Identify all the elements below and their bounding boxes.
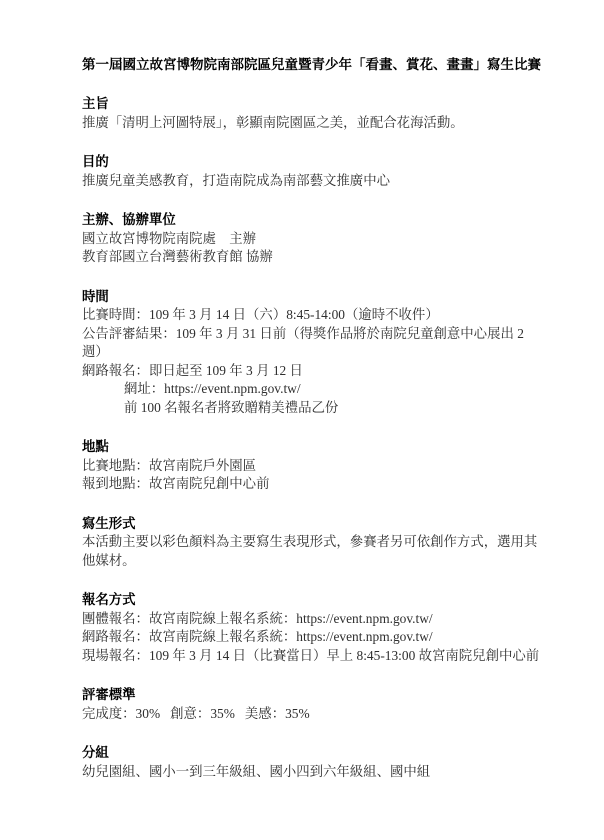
section-heading: 地點 [82, 438, 522, 457]
section-organizers: 主辦、協辦單位國立故宮博物院南院處 主辦教育部國立台灣藝術教育館 協辦 [82, 211, 522, 267]
section-heading: 評審標準 [82, 686, 522, 705]
section-heading: 主旨 [82, 95, 522, 114]
text-line: 推廣兒童美感教育，打造南院成為南部藝文推廣中心 [82, 172, 522, 191]
section-criteria: 評審標準完成度：30% 創意：35% 美感：35% [82, 686, 522, 723]
text-line: 教育部國立台灣藝術教育館 協辦 [82, 248, 522, 267]
text-line: 本活動主要以彩色顏料為主要寫生表現形式，參賽者另可依創作方式，選用其 [82, 533, 522, 552]
section-heading: 主辦、協辦單位 [82, 211, 522, 230]
document-page: 第一屆國立故宮博物院南部院區兒童暨青少年「看畫、賞花、畫畫」寫生比賽 主旨推廣「… [0, 0, 604, 840]
text-line: 前 100 名報名者將致贈精美禮品乙份 [82, 399, 522, 418]
section-objective: 目的推廣兒童美感教育，打造南院成為南部藝文推廣中心 [82, 153, 522, 190]
text-line: 現場報名：109 年 3 月 14 日（比賽當日）早上 8:45-13:00 故… [82, 647, 522, 666]
text-line: 公告評審結果：109 年 3 月 31 日前（得獎作品將於南院兒童創意中心展出 … [82, 325, 522, 344]
section-heading: 分組 [82, 744, 522, 763]
section-purpose: 主旨推廣「清明上河圖特展」，彰顯南院園區之美，並配合花海活動。 [82, 95, 522, 132]
section-heading: 寫生形式 [82, 515, 522, 534]
section-location: 地點比賽地點：故宮南院戶外園區報到地點：故宮南院兒創中心前 [82, 438, 522, 494]
text-line: 完成度：30% 創意：35% 美感：35% [82, 705, 522, 724]
text-line: 報到地點：故宮南院兒創中心前 [82, 475, 522, 494]
document-title: 第一屆國立故宮博物院南部院區兒童暨青少年「看畫、賞花、畫畫」寫生比賽 [82, 56, 522, 74]
text-line: 比賽時間：109 年 3 月 14 日（六）8:45-14:00（逾時不收件） [82, 306, 522, 325]
section-heading: 時間 [82, 288, 522, 307]
text-line: 他媒材。 [82, 552, 522, 571]
section-heading: 目的 [82, 153, 522, 172]
text-line: 國立故宮博物院南院處 主辦 [82, 230, 522, 249]
text-line: 推廣「清明上河圖特展」，彰顯南院園區之美，並配合花海活動。 [82, 114, 522, 133]
section-groups: 分組幼兒園組、國小一到三年級組、國小四到六年級組、國中組 [82, 744, 522, 781]
text-line: 比賽地點：故宮南院戶外園區 [82, 457, 522, 476]
section-heading: 報名方式 [82, 591, 522, 610]
text-line: 網路報名：即日起至 109 年 3 月 12 日 [82, 362, 522, 381]
text-line: 幼兒園組、國小一到三年級組、國小四到六年級組、國中組 [82, 763, 522, 782]
text-line: 團體報名：故宮南院線上報名系統：https://event.npm.gov.tw… [82, 610, 522, 629]
section-registration: 報名方式團體報名：故宮南院線上報名系統：https://event.npm.go… [82, 591, 522, 665]
section-time: 時間比賽時間：109 年 3 月 14 日（六）8:45-14:00（逾時不收件… [82, 288, 522, 418]
sections-container: 主旨推廣「清明上河圖特展」，彰顯南院園區之美，並配合花海活動。目的推廣兒童美感教… [82, 95, 522, 781]
text-line: 網路報名：故宮南院線上報名系統：https://event.npm.gov.tw… [82, 628, 522, 647]
section-format: 寫生形式本活動主要以彩色顏料為主要寫生表現形式，參賽者另可依創作方式，選用其他媒… [82, 515, 522, 571]
text-line: 網址：https://event.npm.gov.tw/ [82, 380, 522, 399]
text-line: 週） [82, 343, 522, 362]
